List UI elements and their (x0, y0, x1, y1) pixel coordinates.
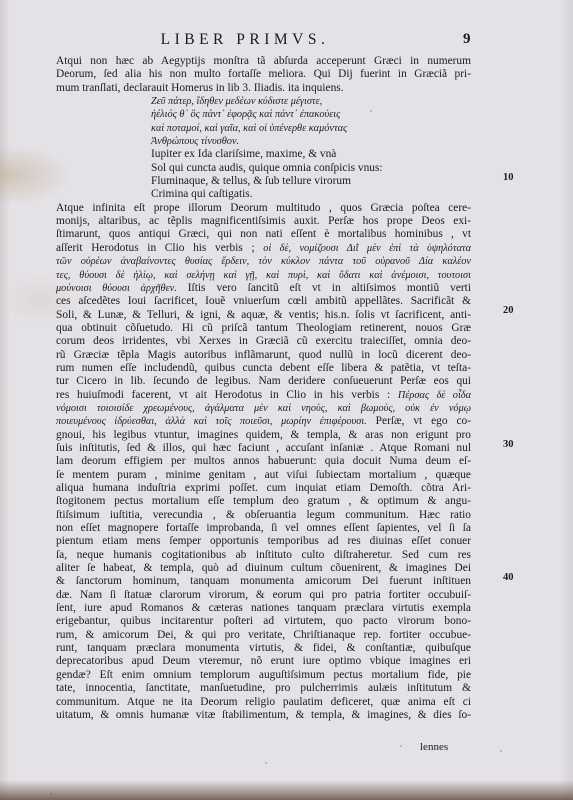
text-line: ces aſcedẽtes Ioui ſacrificet, Iouẽ vniu… (56, 295, 471, 308)
text-line: & ſanctorum hominum, tanquam monumenta a… (56, 575, 471, 588)
text-line: μούνοισι θύουσι ἀρχῆθεν. Iſtis vero ſanc… (56, 282, 471, 295)
text-line: qua obtinuit cõſuetudo. Hi cũ priſcã tan… (56, 322, 471, 335)
text-line: Atqui non hæc ab Aegyptijs monſtra tã ab… (56, 55, 471, 68)
running-head: LIBER PRIMVS. (140, 31, 350, 49)
text-line: Fluminaque, & tellus, & ſub tellure viro… (56, 175, 471, 188)
text-line: rum numen eſſe includendũ, quibus cuncta… (56, 362, 471, 375)
text-line: aliqua humana induſtria exprimi poſſet. … (56, 482, 471, 495)
text-line: uitatum, & omnis humanæ vitæ ſtabiliment… (56, 709, 471, 722)
text-line: Soli, & Lunæ, & Telluri, & igni, & aquæ,… (56, 309, 471, 322)
text-line: Atque infinita eſt prope illorum Deorum … (56, 202, 471, 215)
text-line: non eſſet magnopere fortaſſe improbanda,… (56, 522, 471, 535)
paper-speck (400, 745, 402, 747)
text-line: ἠέλιός θ᾽ ὃς πάντ᾽ ἐφορᾷς καὶ πάντ᾽ ἐπακ… (56, 108, 471, 121)
paper-speck (50, 793, 52, 795)
text-line: monijs, altaribus, ac tẽplis magnificent… (56, 215, 471, 228)
text-line: erigebantur, quibus incitarentur poſteri… (56, 615, 471, 628)
paper-speck (500, 750, 502, 752)
text-line: communitum. Atque ne ita Deorum religio … (56, 696, 471, 709)
text-line: lam deorum effigiem per multos annos hab… (56, 455, 471, 468)
margin-line-number: 30 (503, 439, 514, 450)
text-line: deprecatoribus apud Deum vteremur, nõ er… (56, 655, 471, 668)
text-line: ſa, neque humanis cogitationibus ab inſt… (56, 549, 471, 562)
text-line: pientum etiam mens ſemper opportunis tem… (56, 535, 471, 548)
text-line: aſſerit Herodotus in Clio his verbis ; ο… (56, 242, 471, 255)
text-line: ſtiſsimum iuſtitia, verecundia , & obſer… (56, 509, 471, 522)
text-line: ſuis inſtitutis, ſed & illos, qui hæc fa… (56, 442, 471, 455)
text-line: aliter ſe habeat, & templa, quò ad diuin… (56, 562, 471, 575)
margin-line-number: 40 (503, 572, 514, 583)
text-line: dæ. Nam ſi ſtatuæ clarorum virorum, & eo… (56, 589, 471, 602)
book-page: LIBER PRIMVS. 9 Atqui non hæc ab Aegypti… (0, 0, 573, 800)
text-line: rũ Græciæ tẽpla Magis autoribus inflãmar… (56, 349, 471, 362)
text-line: τῶν οὐρέων ἀναβαίνοντες θυσίας ἔρδειν, τ… (56, 255, 471, 268)
text-line: Deorum, ſed alia his non multo fortaſſe … (56, 68, 471, 81)
text-line: νόμοισι τοιοισίδε χρεωμένους, ἀγάλματα μ… (56, 402, 471, 415)
page-number: 9 (463, 31, 471, 48)
text-line: ποιευμένους ἱδρύεσθαι, ἀλλὰ καὶ τοῖς ποι… (56, 415, 471, 428)
text-line: Crimina qui caſtigatis. (56, 188, 471, 201)
text-line: τες, θύουσι δὲ ἡλίῳ, καὶ σελήνῃ καὶ γῇ, … (56, 269, 471, 282)
text-line: Iupiter ex Ida clariſsime, maxime, & vnà (56, 148, 471, 161)
margin-line-number: 10 (503, 172, 514, 183)
paper-speck (370, 110, 372, 112)
text-line: ſe mentem puram , minime genitam , aut v… (56, 469, 471, 482)
catchword: lennes (420, 741, 448, 753)
text-line: Ζεῦ πάτερ, ἴδηθεν μεδέων κύδιστε μέγιστε… (56, 95, 471, 108)
text-line: καὶ ποταμοί, καὶ γαῖα, καὶ οἱ ὑπένερθε κ… (56, 122, 471, 135)
margin-line-number: 20 (503, 305, 514, 316)
body-text: Atqui non hæc ab Aegyptijs monſtra tã ab… (56, 55, 471, 722)
text-line: runt, tanquam præclara monumenta virtuti… (56, 642, 471, 655)
text-line: corum deos irridentes, vbi Xerxes in Græ… (56, 335, 471, 348)
text-line: tur Cicero in lib. ſecundo de legibus. N… (56, 375, 471, 388)
text-line: Ἀνθρώπους τίνυσθον. (56, 135, 471, 148)
text-line: ſtogitonem pectus mortalium eſſe templum… (56, 495, 471, 508)
text-line: gendæ? Eſt enim omnium templorum auguſti… (56, 669, 471, 682)
text-line: mum tranſlati, declarauit Homerus in lib… (56, 82, 471, 95)
text-line: rum, & amicorum Dei, & qui pro veritate,… (56, 629, 471, 642)
text-line: ſtimarunt, quos antiqui Græci, qui non n… (56, 228, 471, 241)
text-line: Sol qui cuncta audis, quique omnia conſp… (56, 162, 471, 175)
text-line: ſent, iure apud Romanos & cæteras nation… (56, 602, 471, 615)
text-line: res huiuſmodi facerent, vt ait Herodotus… (56, 389, 471, 402)
text-line: gnoui, his legibus vtuntur, imagines qui… (56, 429, 471, 442)
text-line: tate, innocentia, ſanctitate, manſuetudi… (56, 682, 471, 695)
paper-speck (265, 762, 267, 764)
